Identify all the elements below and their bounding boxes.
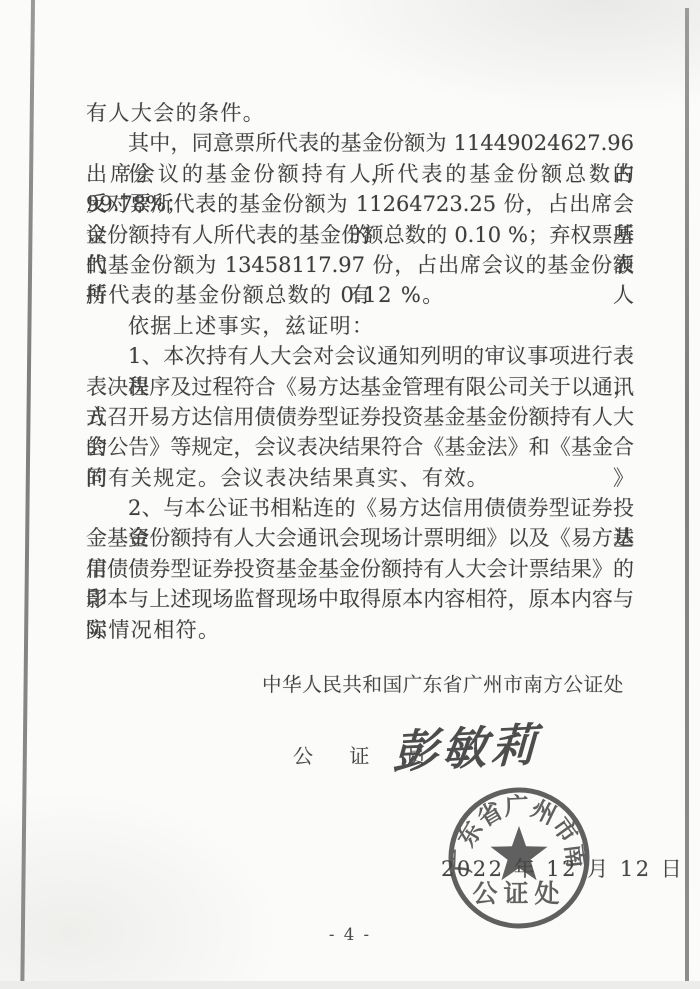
document-page: 有人大会的条件。 其中，同意票所代表的基金份额为 11449024627.96 … (0, 0, 700, 981)
text-line: 1、本次持有人大会对会议通知列明的审议事项进行表决， (86, 341, 634, 371)
text-line: 依据上述事实，兹证明： (86, 311, 634, 341)
seal-bottom-text: 公证处 (472, 879, 565, 908)
scan-bottom-margin (0, 981, 700, 989)
notary-signature: 彭敏莉 (392, 708, 541, 781)
text-line: 金份额持有人所代表的基金份额总数的 0.10 %；弃权票所代表 (86, 220, 634, 250)
text-line: 金基金份额持有人大会通讯会现场计票明细》以及《易方达信 (86, 523, 634, 553)
page-right-edge (685, 8, 689, 983)
page-number: - 4 - (0, 925, 700, 944)
body-text: 有人大会的条件。 其中，同意票所代表的基金份额为 11449024627.96 … (86, 98, 634, 645)
date-stamp: 2022 年 12 月 12 日 (441, 853, 684, 883)
text-line: 的基金份额为 13458117.97 份，占出席会议的基金份额持有人 (86, 250, 634, 280)
text-line: 出席会议的基金份额持有人所代表的基金份额总数的 99.78%； (86, 159, 634, 189)
text-line: 际情况相符。 (86, 615, 634, 645)
text-line: 用债债券型证券投资基金基金份额持有人大会计票结果》的影 (86, 554, 634, 584)
text-line: 有人大会的条件。 (86, 98, 634, 128)
text-line: 印本与上述现场监督现场中取得原本内容相符，原本内容与实 (86, 584, 634, 614)
text-line: 表决程序及过程符合《易方达基金管理有限公司关于以通讯方 (86, 372, 634, 402)
text-line: 的公告》等规定，会议表决结果符合《基金法》和《基金合同》 (86, 432, 634, 462)
notary-office-line: 中华人民共和国广东省广州市南方公证处 (262, 669, 624, 697)
text-line: 2、与本公证书相粘连的《易方达信用债债券型证券投资基 (86, 493, 634, 523)
text-line: 其中，同意票所代表的基金份额为 11449024627.96 份，占 (86, 128, 634, 158)
text-line: 反对票所代表的基金份额为 11264723.25 份，占出席会议的基 (86, 189, 634, 219)
text-line: 式召开易方达信用债债券型证券投资基金基金份额持有人大会 (86, 402, 634, 432)
